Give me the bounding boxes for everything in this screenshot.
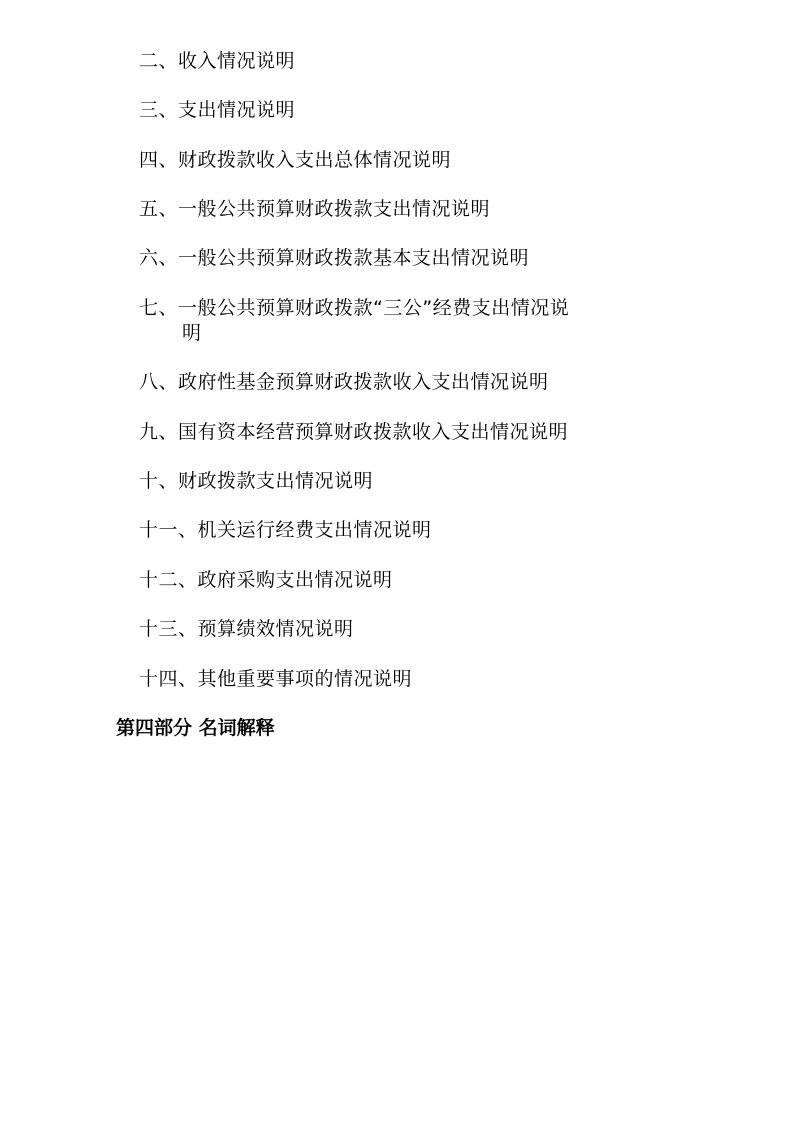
toc-item[interactable]: 十、财政拨款支出情况说明 <box>139 469 373 494</box>
toc-item[interactable]: 七、一般公共预算财政拨款“三公”经费支出情况说 明 <box>139 296 569 346</box>
toc-item-text: 九、国有资本经营预算财政拨款收入支出情况说明 <box>139 421 568 443</box>
toc-item-text: 十四、其他重要事项的情况说明 <box>139 668 412 690</box>
toc-item[interactable]: 十二、政府采购支出情况说明 <box>139 568 393 593</box>
toc-item[interactable]: 十四、其他重要事项的情况说明 <box>139 667 412 692</box>
toc-item[interactable]: 十三、预算绩效情况说明 <box>139 617 354 642</box>
toc-item[interactable]: 五、一般公共预算财政拨款支出情况说明 <box>139 197 490 222</box>
toc-item[interactable]: 四、财政拨款收入支出总体情况说明 <box>139 148 451 173</box>
toc-item[interactable]: 六、一般公共预算财政拨款基本支出情况说明 <box>139 246 529 271</box>
toc-item[interactable]: 九、国有资本经营预算财政拨款收入支出情况说明 <box>139 420 568 445</box>
toc-item[interactable]: 八、政府性基金预算财政拨款收入支出情况说明 <box>139 370 549 395</box>
toc-item-text: 五、一般公共预算财政拨款支出情况说明 <box>139 198 490 220</box>
toc-item-text: 二、收入情况说明 <box>139 50 295 72</box>
toc-item-text: 八、政府性基金预算财政拨款收入支出情况说明 <box>139 371 549 393</box>
toc-item-text: 十、财政拨款支出情况说明 <box>139 470 373 492</box>
toc-item[interactable]: 二、收入情况说明 <box>139 49 295 74</box>
toc-item-text: 六、一般公共预算财政拨款基本支出情况说明 <box>139 247 529 269</box>
toc-item-text: 四、财政拨款收入支出总体情况说明 <box>139 149 451 171</box>
toc-item-text: 十二、政府采购支出情况说明 <box>139 569 393 591</box>
toc-item-continuation: 明 <box>139 321 569 346</box>
toc-item[interactable]: 三、支出情况说明 <box>139 98 295 123</box>
toc-item-text: 七、一般公共预算财政拨款“三公”经费支出情况说 <box>139 297 569 319</box>
toc-item-text: 十三、预算绩效情况说明 <box>139 618 354 640</box>
toc-item-text: 三、支出情况说明 <box>139 99 295 121</box>
toc-item[interactable]: 十一、机关运行经费支出情况说明 <box>139 518 432 543</box>
section-heading: 第四部分 名词解释 <box>116 716 275 741</box>
toc-item-text: 十一、机关运行经费支出情况说明 <box>139 519 432 541</box>
